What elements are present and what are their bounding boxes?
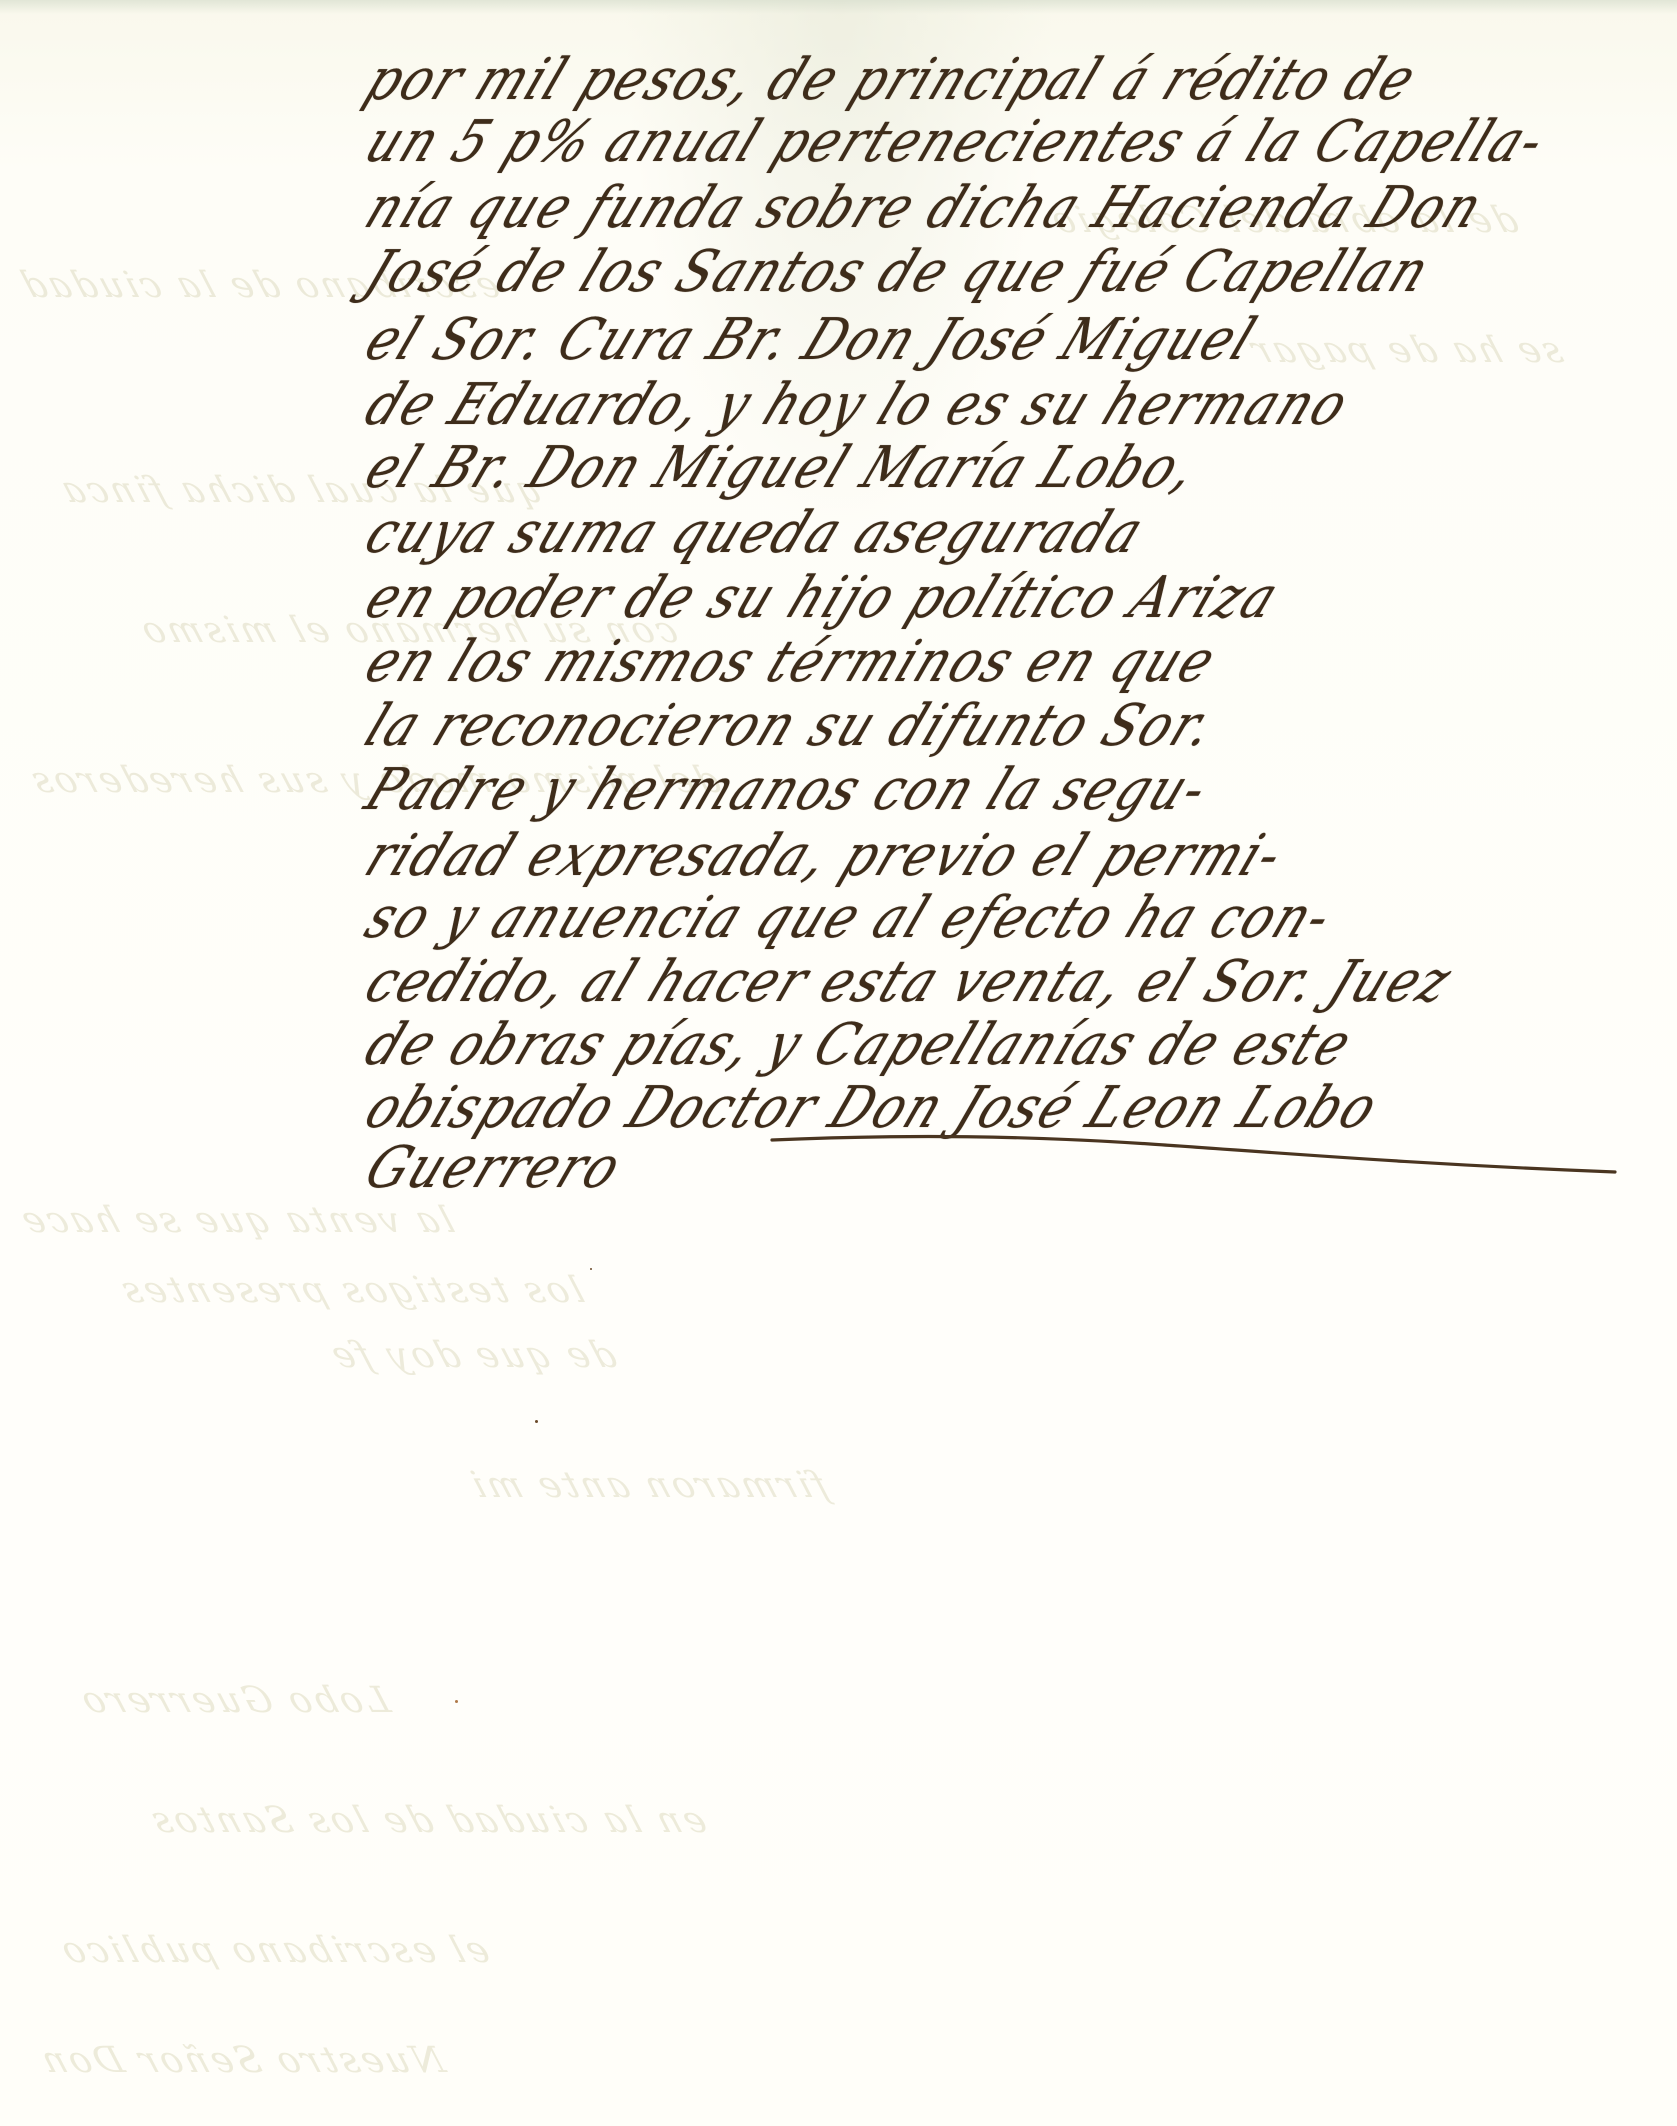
manuscript-line: la reconocieron su difunto Sor.	[358, 697, 1224, 755]
bleed-line: el escribano publico	[53, 1930, 494, 1971]
manuscript-line: nía que funda sobre dicha Hacienda Don	[358, 179, 1492, 237]
closing-flourish-stroke	[770, 1128, 1620, 1178]
bleed-line: en la ciudad de los Santos	[143, 1800, 711, 1841]
manuscript-line: en los mismos términos en que	[358, 633, 1225, 691]
manuscript-line: el Sor. Cura Br. Don José Miguel	[358, 311, 1265, 369]
document-page: de la obra del Colegio escribano de la c…	[0, 0, 1677, 2126]
manuscript-line: cuya suma queda asegurada	[358, 504, 1153, 562]
bleed-line: de que doy fe	[323, 1335, 621, 1376]
manuscript-line: un 5 p% anual pertenecientes á la Capell…	[358, 113, 1554, 171]
manuscript-line: cedido, al hacer esta venta, el Sor. Jue…	[358, 953, 1461, 1011]
bleed-line: se ha de pagar	[1243, 330, 1568, 371]
manuscript-line: de obras pías, y Capellanías de este	[358, 1016, 1361, 1074]
paper-top-edge	[0, 0, 1677, 14]
bleed-line: Nuestro Señor Don	[33, 2040, 450, 2081]
ink-speck	[455, 1700, 458, 1703]
ink-speck	[535, 1420, 538, 1423]
manuscript-line: por mil pesos, de principal á rédito de	[358, 51, 1425, 109]
bleed-line: los testigos presentes	[113, 1270, 589, 1311]
bleed-line: Lobo Guerrero	[73, 1680, 395, 1721]
manuscript-line: Padre y hermanos con la segu-	[358, 761, 1217, 819]
ink-speck	[590, 1268, 592, 1270]
bleed-line: firmaron ante mi	[463, 1465, 833, 1506]
manuscript-line: ridad expresada, previo el permi-	[358, 827, 1292, 885]
manuscript-line: de Eduardo, y hoy lo es su hermano	[358, 376, 1358, 434]
manuscript-line: Guerrero	[358, 1139, 630, 1197]
manuscript-line: el Br. Don Miguel María Lobo,	[358, 439, 1207, 497]
bleed-line: la venta que se hace	[13, 1200, 459, 1241]
manuscript-line: so y anuencia que al efecto ha con-	[358, 889, 1341, 947]
manuscript-line: José de los Santos de que fué Capellan	[358, 243, 1439, 301]
manuscript-line: en poder de su hijo político Ariza	[358, 569, 1288, 627]
